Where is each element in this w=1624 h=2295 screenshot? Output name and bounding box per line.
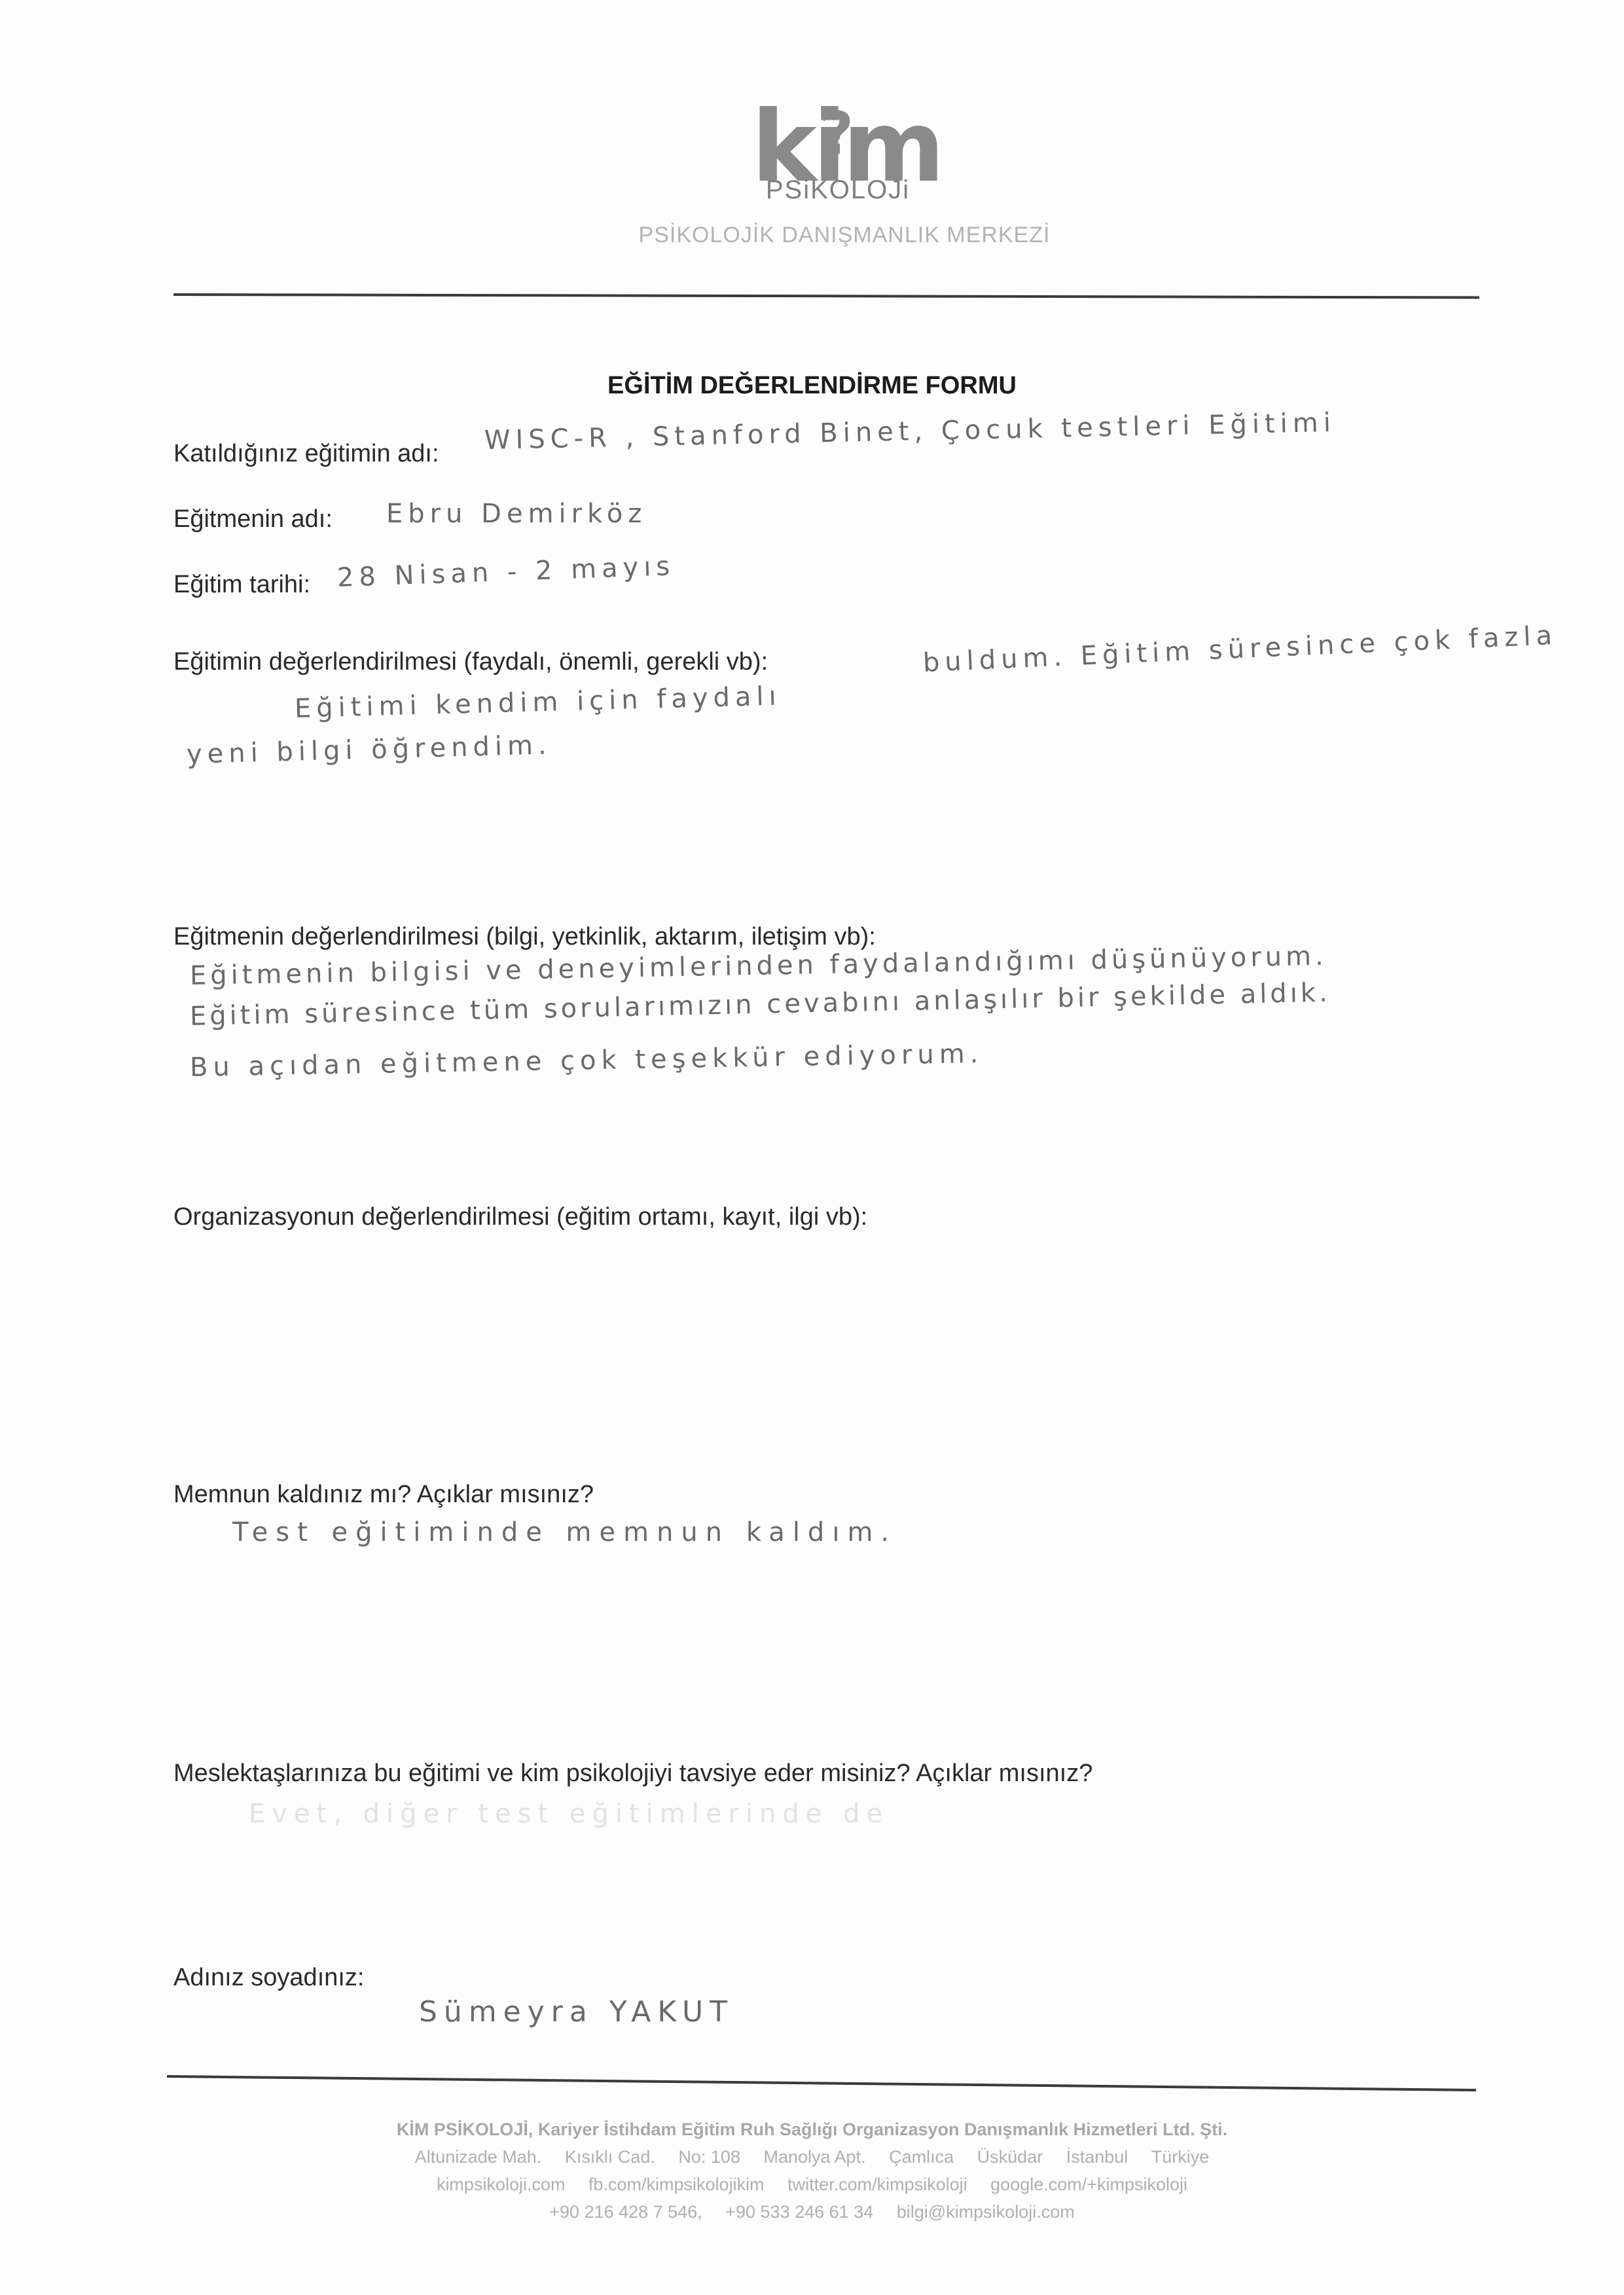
footer-divider [167,2075,1476,2091]
footer-links: kimpsikoloji.com fb.com/kimpsikolojikim … [0,2175,1624,2195]
footer-address-part: No: 108 [678,2147,740,2167]
footer-address-part: Üsküdar [977,2147,1043,2167]
header-divider [173,293,1479,299]
form-title: EĞİTİM DEĞERLENDİRME FORMU [0,372,1624,400]
training-date-field[interactable]: 28 Nisan - 2 mayıs [336,551,676,593]
footer-address-part: Çamlıca [889,2147,954,2167]
footer-company: KİM PSİKOLOJİ, Kariyer İstihdam Eğitim R… [0,2120,1624,2140]
footer-address-part: İstanbul [1066,2147,1128,2167]
footer-address-part: Türkiye [1151,2147,1210,2167]
training-name-field[interactable]: WISC-R , Stanford Binet, Çocuk testleri … [484,408,1337,456]
logo-subtitle: PSiKOLOJi [694,175,982,205]
participant-name-label: Adınız soyadınız: [173,1964,365,1992]
footer-link-website[interactable]: kimpsikoloji.com [437,2175,566,2194]
question-trainer-evaluation-label: Eğitmenin değerlendirilmesi (bilgi, yetk… [173,923,876,951]
footer-link-twitter[interactable]: twitter.com/kimpsikoloji [787,2175,967,2194]
participant-name-field[interactable]: Sümeyra YAKUT [419,1995,734,2029]
training-name-label: Katıldığınız eğitimin adı: [173,440,439,468]
footer-address-part: Kısıklı Cad. [565,2147,655,2167]
footer-address: Altunizade Mah. Kısıklı Cad. No: 108 Man… [0,2147,1624,2167]
footer-link-facebook[interactable]: fb.com/kimpsikolojikim [588,2175,765,2194]
trainer-name-field[interactable]: Ebru Demirköz [386,499,647,529]
logo-tagline: PSİKOLOJİK DANIŞMANLIK MERKEZİ [589,223,1100,248]
footer-address-part: Altunizade Mah. [415,2147,542,2167]
footer-mobile: +90 533 246 61 34 [725,2202,873,2222]
logo-question-mark-icon: ? [810,105,863,177]
footer-email[interactable]: bilgi@kimpsikoloji.com [897,2202,1075,2222]
answer-training-evaluation-line[interactable]: yeni bilgi öğrendim. [186,730,552,770]
trainer-name-label: Eğitmenin adı: [173,505,333,533]
answer-training-evaluation-line[interactable]: buldum. Eğitim süresince çok fazla [922,621,1558,678]
footer-address-part: Manolya Apt. [763,2147,865,2167]
answer-satisfaction-line[interactable]: Test eğitiminde memnun kaldım. [232,1517,897,1547]
training-date-label: Eğitim tarihi: [173,571,310,599]
question-satisfaction-label: Memnun kaldınız mı? Açıklar mısınız? [173,1481,594,1509]
answer-organization-evaluation-field[interactable] [173,1244,1476,1427]
footer-contacts: +90 216 428 7 546, +90 533 246 61 34 bil… [0,2202,1624,2222]
footer-link-google[interactable]: google.com/+kimpsikoloji [990,2175,1187,2194]
footer-phone: +90 216 428 7 546, [549,2202,702,2222]
answer-recommendation-line[interactable]: Evet, diğer test eğitimlerinde de [249,1799,889,1829]
answer-trainer-evaluation-line[interactable]: Bu açıdan eğitmene çok teşekkür ediyorum… [190,1039,984,1083]
question-recommendation-label: Meslektaşlarınıza bu eğitimi ve kim psik… [173,1760,1092,1788]
answer-training-evaluation-line[interactable]: Eğitimi kendim için faydalı [294,681,782,724]
question-organization-evaluation-label: Organizasyonun değerlendirilmesi (eğitim… [173,1203,867,1231]
question-training-evaluation-label: Eğitimin değerlendirilmesi (faydalı, öne… [173,648,768,676]
